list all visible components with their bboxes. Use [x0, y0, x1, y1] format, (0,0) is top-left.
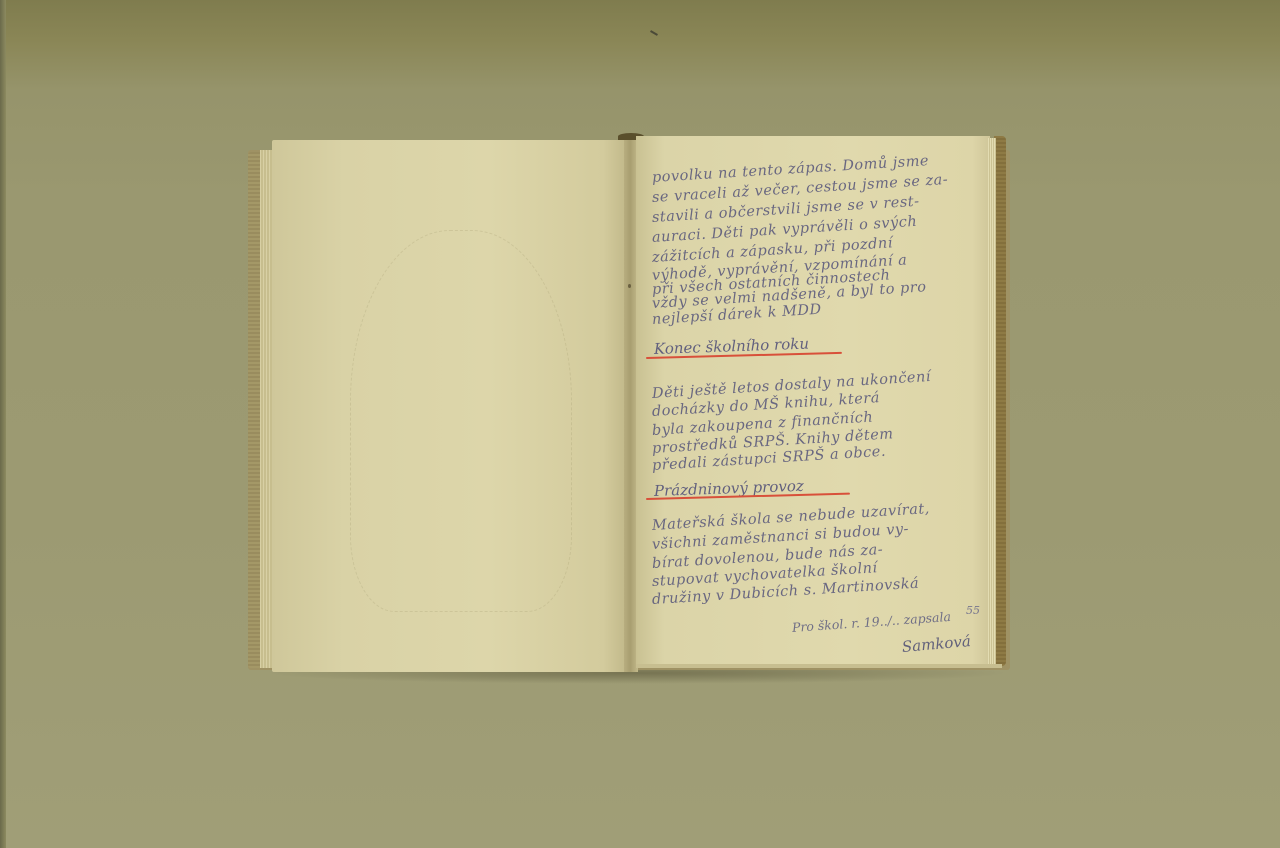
page-number: 55 [966, 604, 980, 617]
background-edge [0, 0, 6, 848]
pencil-mark [628, 284, 631, 288]
page-bottom-edge [636, 664, 1002, 668]
desk-mark [650, 30, 658, 36]
page-stack-right [988, 138, 996, 666]
left-page-show-through [350, 230, 572, 612]
